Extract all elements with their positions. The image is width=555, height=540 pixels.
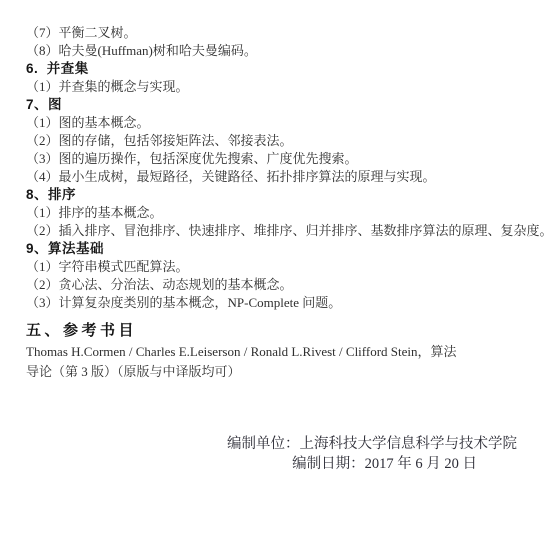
outline-item: （1）并查集的概念与实现。 bbox=[26, 78, 545, 96]
outline-item: （8）哈夫曼(Huffman)树和哈夫曼编码。 bbox=[26, 42, 545, 60]
outline-item: （2）贪心法、分治法、动态规划的基本概念。 bbox=[26, 276, 545, 294]
exam-outline: （7）平衡二叉树。（8）哈夫曼(Huffman)树和哈夫曼编码。6. 并查集（1… bbox=[26, 24, 545, 312]
compile-date-line: 编制日期：2017 年 6 月 20 日 bbox=[26, 454, 545, 474]
document-page: （7）平衡二叉树。（8）哈夫曼(Huffman)树和哈夫曼编码。6. 并查集（1… bbox=[0, 0, 555, 540]
references-section: 五、参考书目 Thomas H.Cormen / Charles E.Leise… bbox=[26, 320, 545, 382]
outline-item: （1）图的基本概念。 bbox=[26, 114, 545, 132]
references-heading: 五、参考书目 bbox=[26, 320, 545, 342]
reference-line-1: Thomas H.Cormen / Charles E.Leiserson / … bbox=[26, 342, 545, 362]
reference-line-2: 导论（第 3 版）（原版与中译版均可） bbox=[26, 362, 545, 382]
compilation-info: 编制单位：上海科技大学信息科学与技术学院 编制日期：2017 年 6 月 20 … bbox=[26, 434, 545, 474]
outline-item: （1）排序的基本概念。 bbox=[26, 204, 545, 222]
compile-unit-line: 编制单位：上海科技大学信息科学与技术学院 bbox=[26, 434, 545, 454]
outline-item: （3）图的遍历操作，包括深度优先搜索、广度优先搜索。 bbox=[26, 150, 545, 168]
section-heading: 9、算法基础 bbox=[26, 240, 545, 258]
outline-item: （7）平衡二叉树。 bbox=[26, 24, 545, 42]
section-heading: 8、排序 bbox=[26, 186, 545, 204]
outline-item: （3）计算复杂度类别的基本概念，NP-Complete 问题。 bbox=[26, 294, 545, 312]
section-heading: 6. 并查集 bbox=[26, 60, 545, 78]
outline-item: （1）字符串模式匹配算法。 bbox=[26, 258, 545, 276]
outline-item: （2）图的存储，包括邻接矩阵法、邻接表法。 bbox=[26, 132, 545, 150]
outline-item: （2）插入排序、冒泡排序、快速排序、堆排序、归并排序、基数排序算法的原理、复杂度… bbox=[26, 222, 545, 240]
section-heading: 7、图 bbox=[26, 96, 545, 114]
outline-item: （4）最小生成树，最短路径，关键路径、拓扑排序算法的原理与实现。 bbox=[26, 168, 545, 186]
